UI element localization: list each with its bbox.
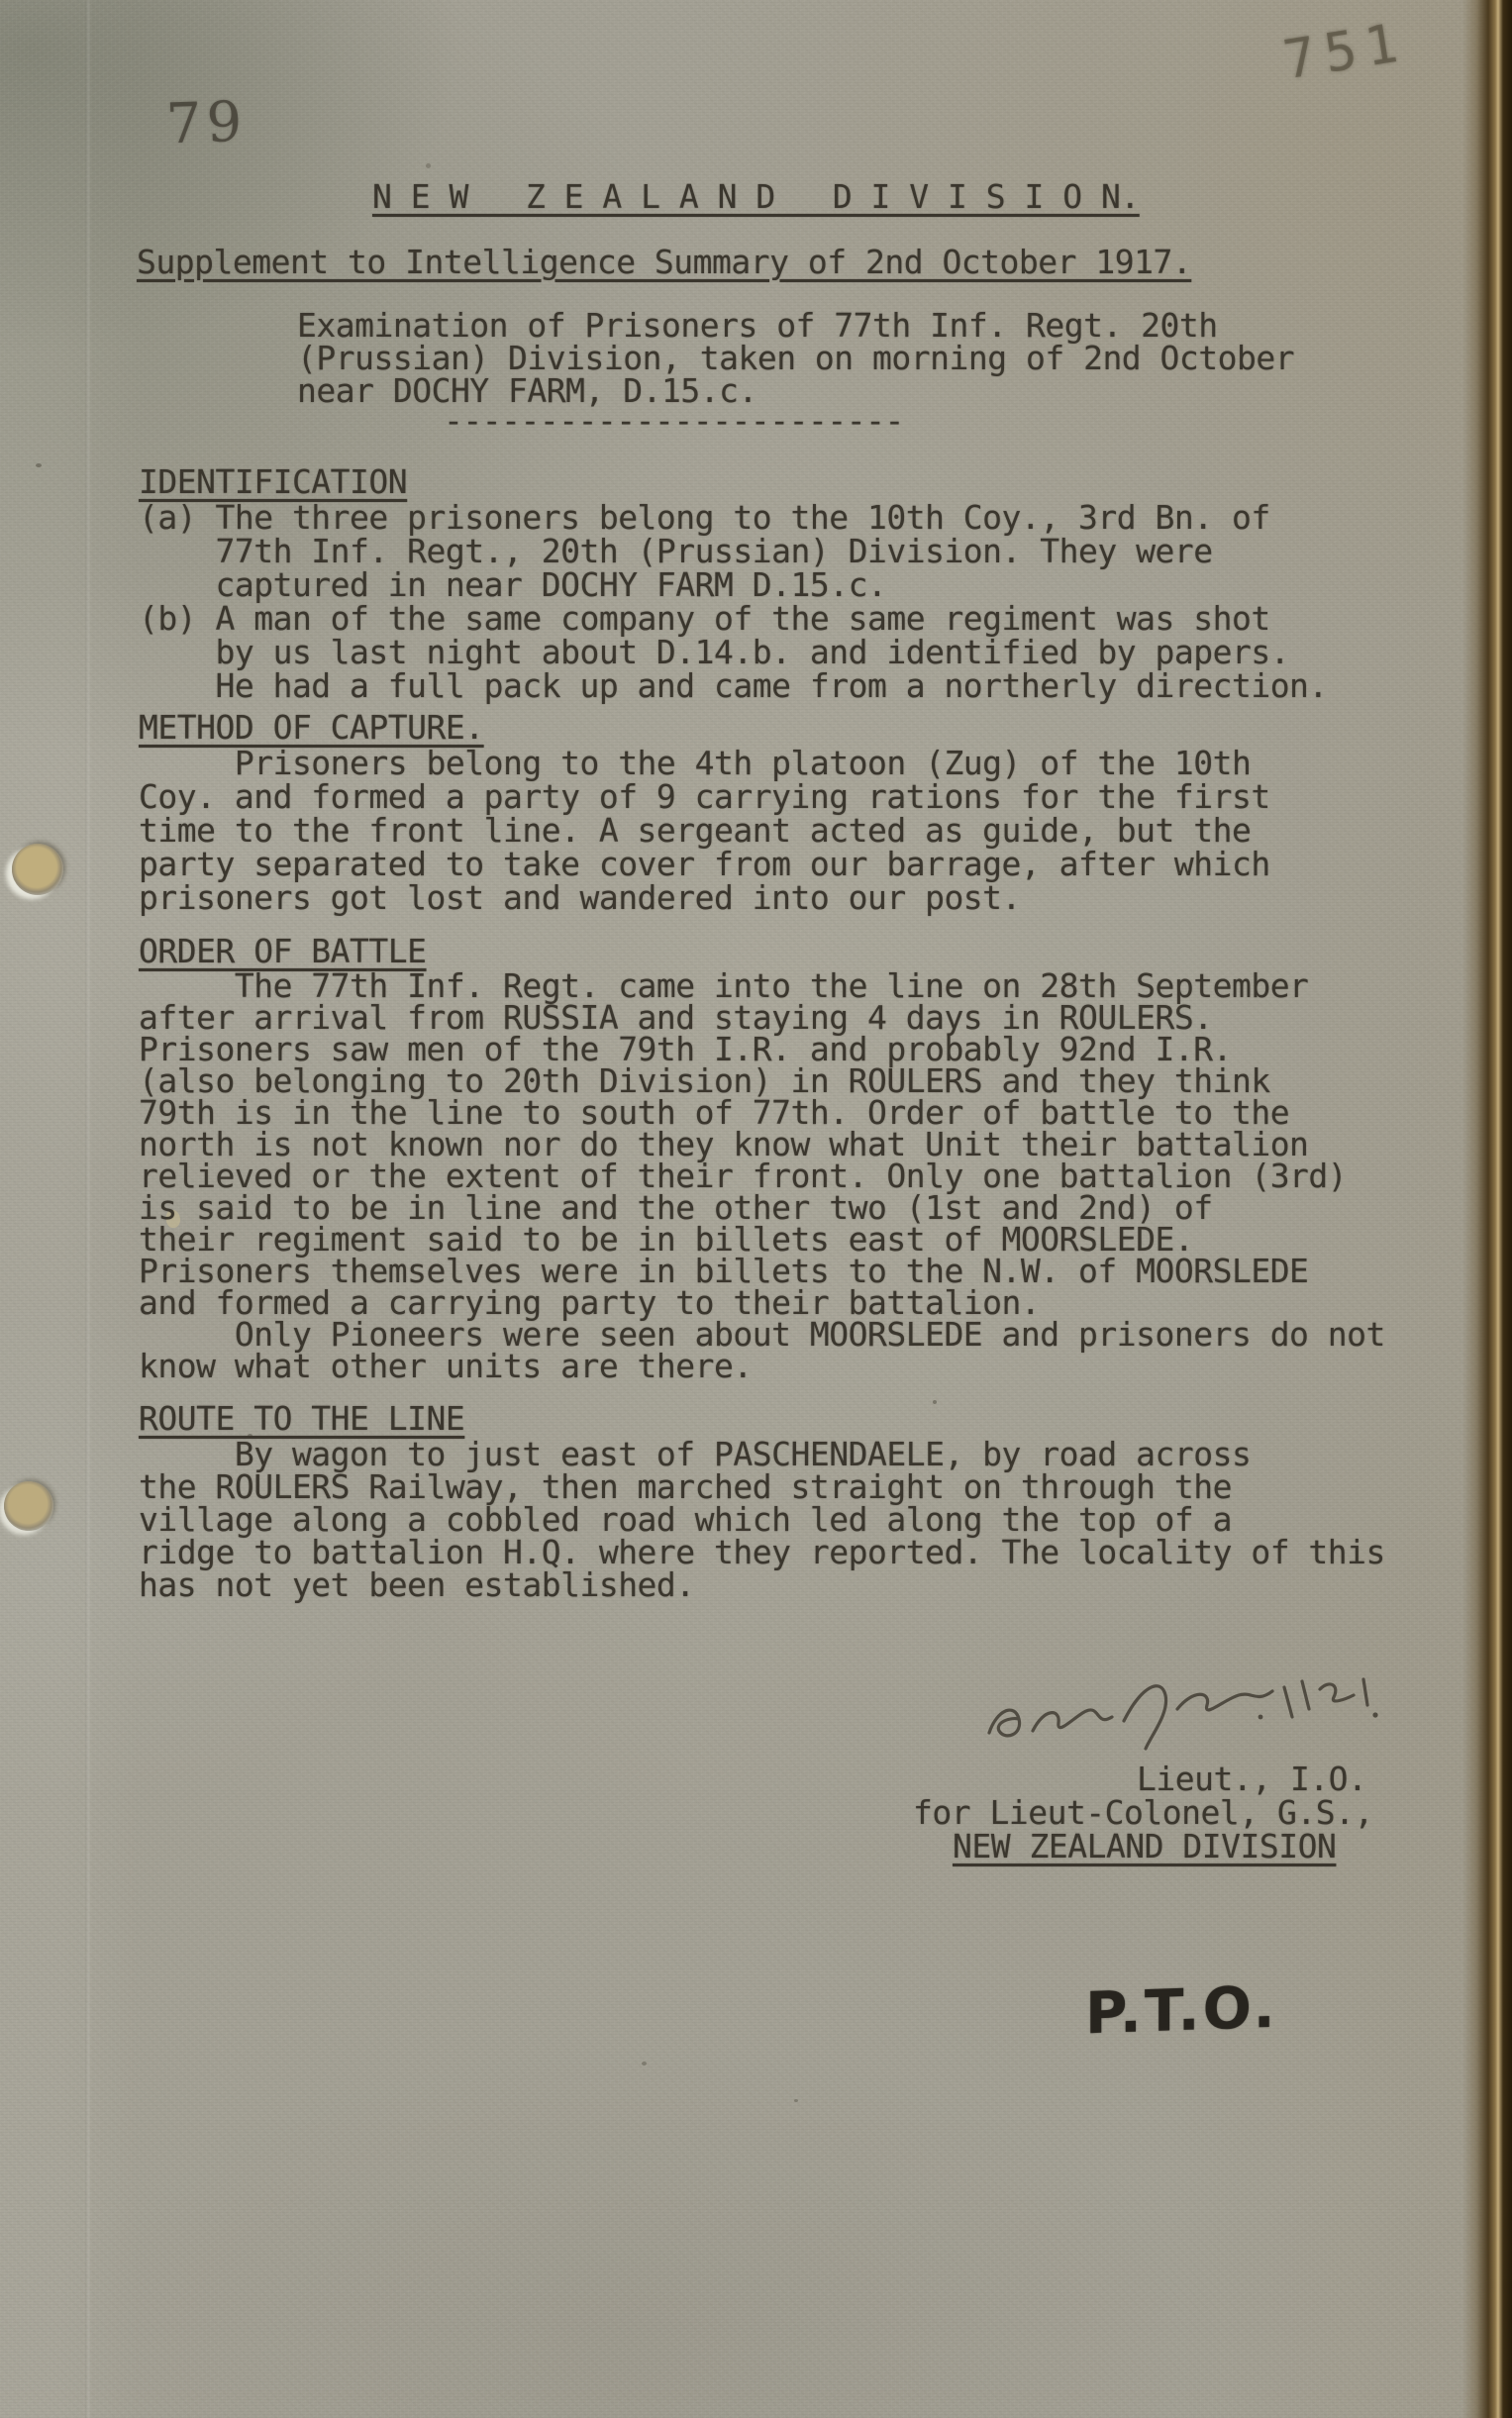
- section-heading-method-of-capture: METHOD OF CAPTURE.: [139, 711, 484, 745]
- document-title: N E W Z E A L A N D D I V I S I O N.: [372, 180, 1140, 214]
- paper-speck: [794, 2099, 798, 2102]
- paper-speck: [426, 163, 431, 168]
- pto-handwritten-note: P.T.O.: [1085, 1973, 1278, 2048]
- handwritten-page-number: 79: [165, 90, 248, 157]
- punch-hole-bottom: [4, 1481, 53, 1531]
- section-body-identification: (a) The three prisoners belong to the 10…: [139, 501, 1328, 703]
- stamped-folio-number: 751: [1279, 11, 1411, 92]
- document-subtitle: Supplement to Intelligence Summary of 2n…: [137, 246, 1191, 279]
- paper-speck: [933, 1400, 937, 1404]
- punch-hole-top: [12, 844, 63, 895]
- signature-rank-line: Lieut., I.O.: [1137, 1763, 1366, 1796]
- scanned-document-page: 79 751 N E W Z E A L A N D D I V I S I O…: [0, 0, 1512, 2418]
- subject-paragraph: Examination of Prisoners of 77th Inf. Re…: [297, 309, 1294, 407]
- section-heading-order-of-battle: ORDER OF BATTLE: [139, 935, 427, 968]
- section-body-route-to-the-line: By wagon to just east of PASCHENDAELE, b…: [139, 1438, 1385, 1601]
- section-body-order-of-battle: The 77th Inf. Regt. came into the line o…: [139, 970, 1385, 1382]
- page-binding-edge: [1462, 0, 1512, 2418]
- signature-division-line: NEW ZEALAND DIVISION: [953, 1830, 1336, 1864]
- section-body-method-of-capture: Prisoners belong to the 4th platoon (Zug…: [139, 747, 1270, 915]
- section-heading-route-to-the-line: ROUTE TO THE LINE: [139, 1402, 464, 1436]
- subject-divider: ------------------------: [444, 404, 904, 438]
- paper-crease: [85, 0, 91, 2418]
- section-heading-identification: IDENTIFICATION: [139, 465, 407, 499]
- paper-speck: [36, 463, 42, 467]
- handwritten-signature: [975, 1660, 1391, 1759]
- paper-speck: [642, 2062, 647, 2065]
- signature-authority-line: for Lieut-Colonel, G.S.,: [913, 1796, 1373, 1830]
